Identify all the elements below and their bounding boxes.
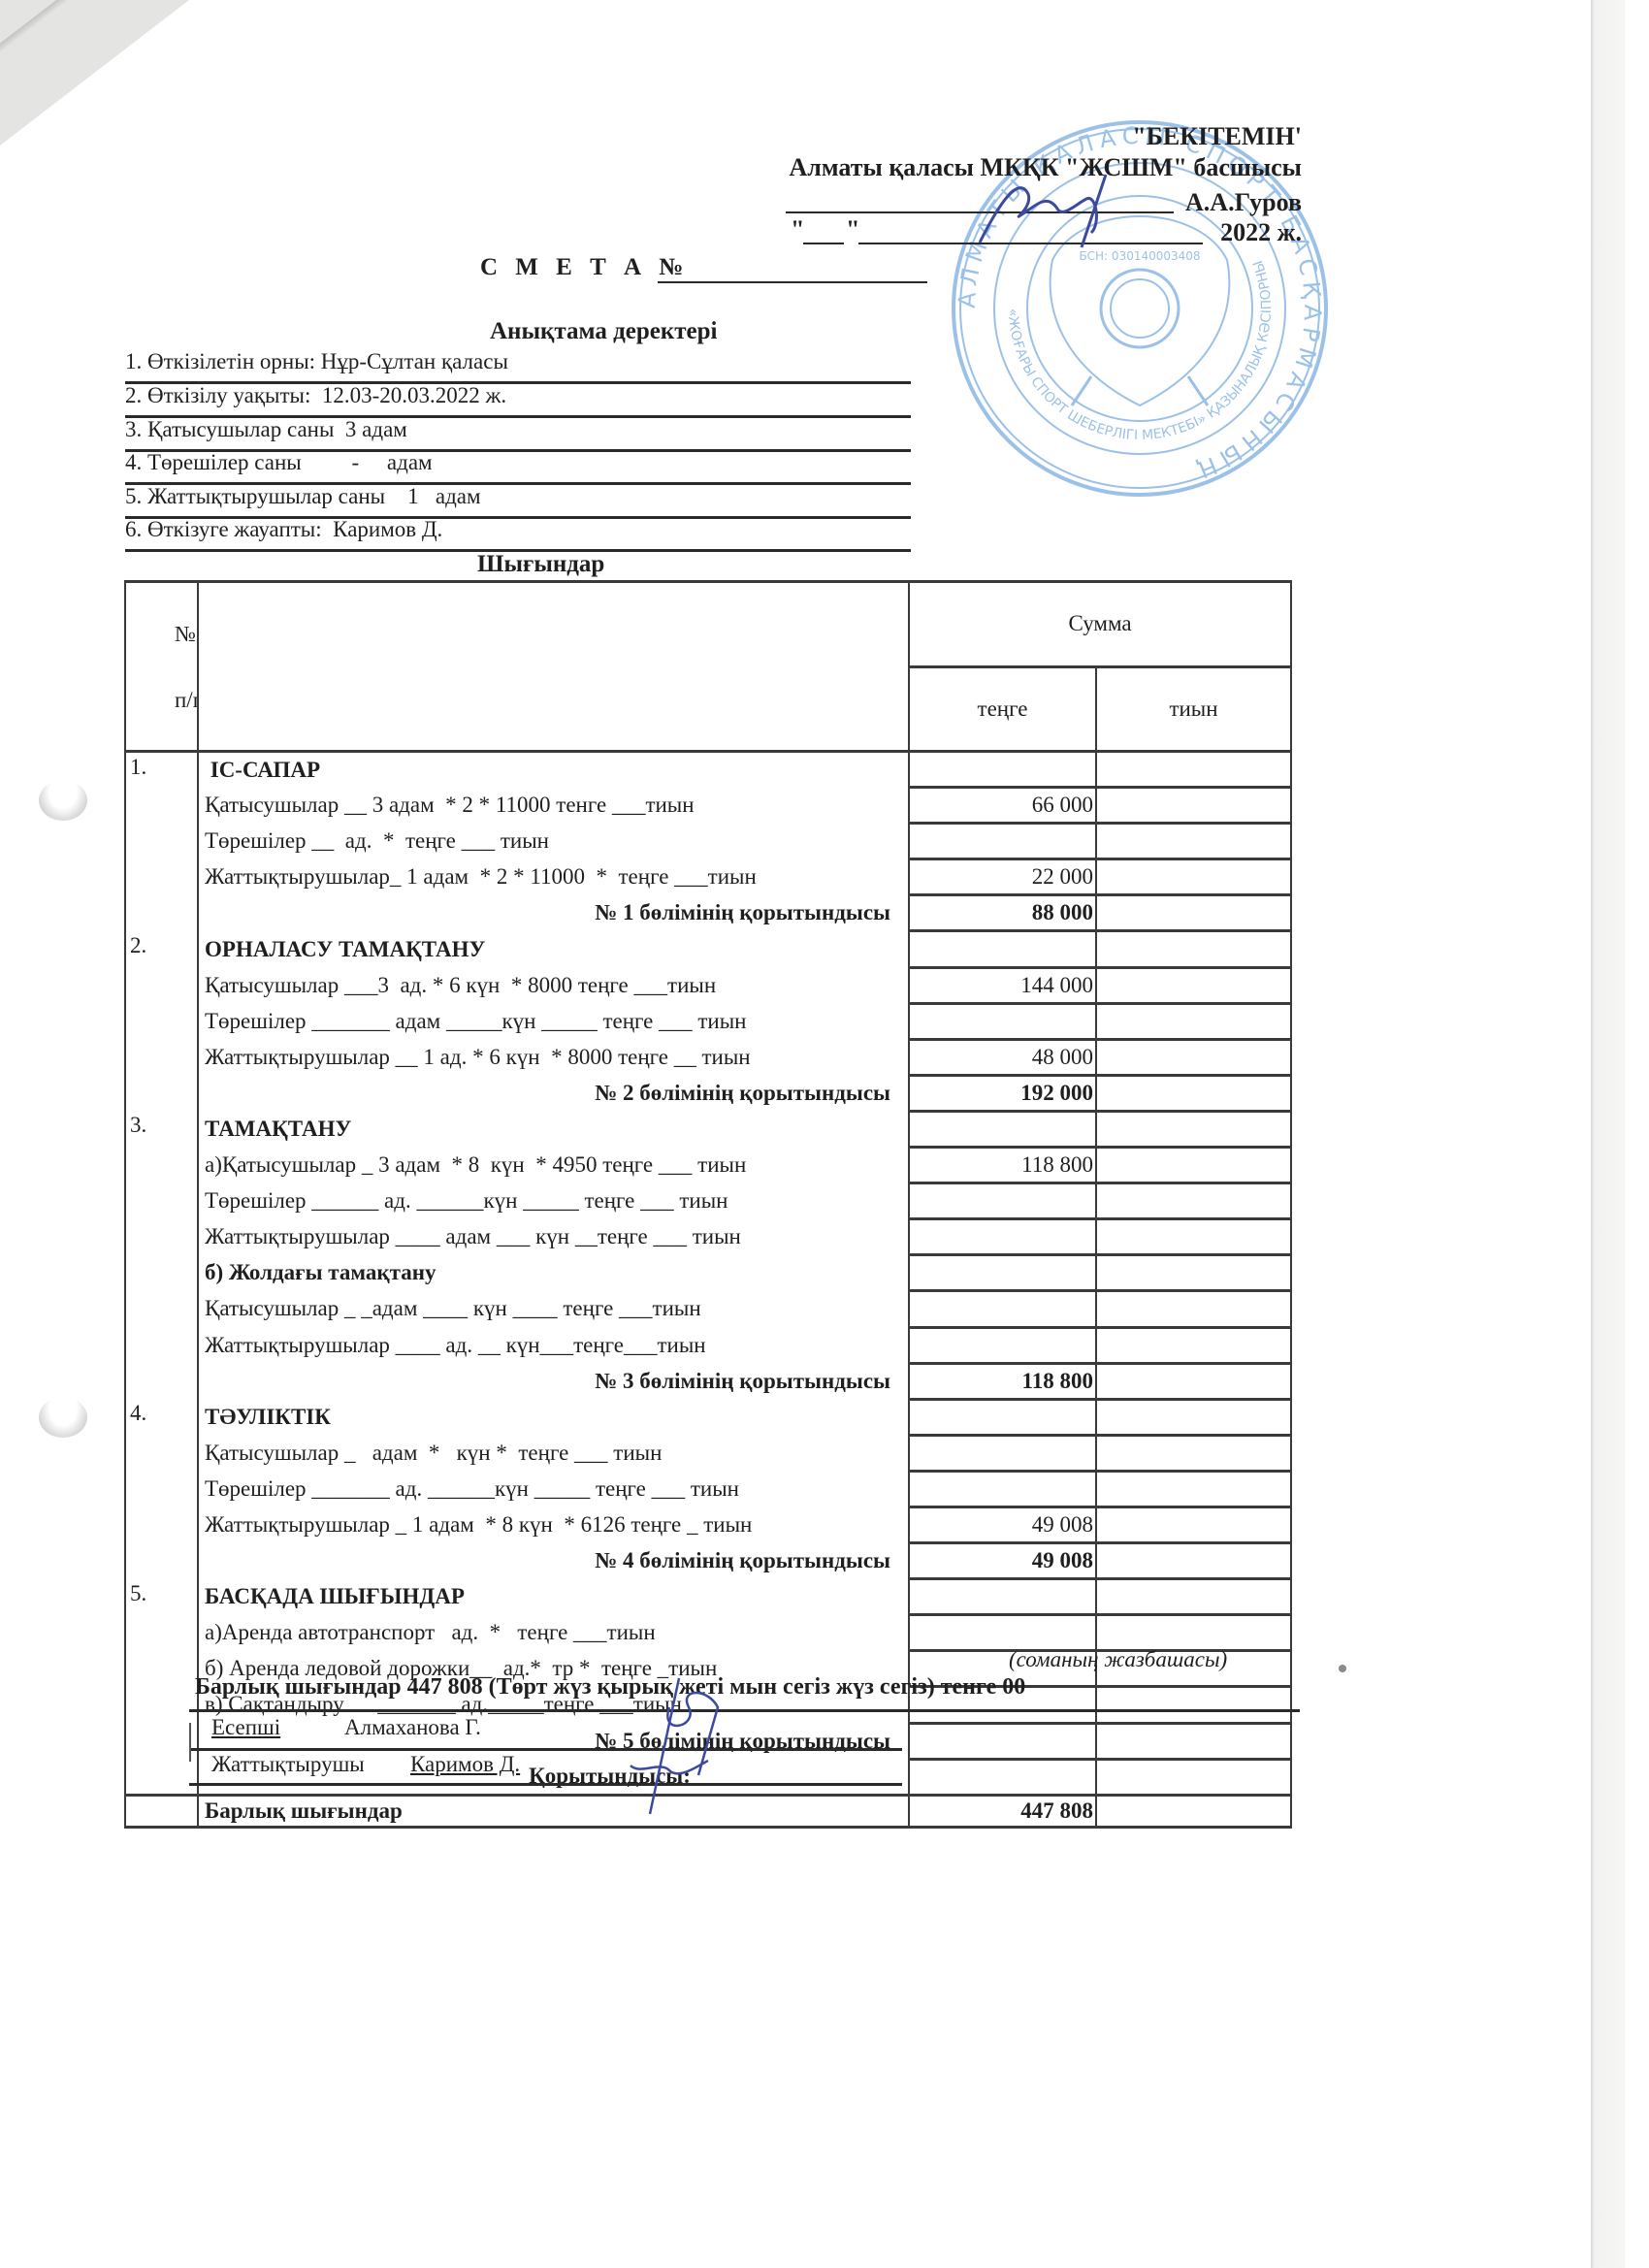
row-amount-tenge [909, 1291, 1096, 1327]
row-number [125, 1183, 198, 1219]
row-amount-tenge [909, 1579, 1096, 1615]
approval-name: А.А.Гуров [1185, 188, 1302, 217]
row-description: Қатысушылар _ _адам ____ күн ____ теңге … [198, 1291, 909, 1327]
row-number [125, 1759, 198, 1795]
table-row: № 4 бөлімінің қорытындысы49 008 [125, 1543, 1291, 1579]
approval-label: "БЕКІТЕМІН' [1132, 122, 1302, 151]
row-amount-tiyn [1096, 931, 1291, 967]
row-description: № 1 бөлімінің қорытындысы [198, 895, 909, 931]
row-amount-tiyn [1096, 1219, 1291, 1255]
row-amount-tiyn [1096, 1543, 1291, 1579]
row-amount-tiyn [1096, 752, 1291, 788]
reference-line-coaches: 5. Жаттықтырушылар саны 1 адам [125, 482, 911, 519]
row-description: № 2 бөлімінің қорытындысы [198, 1075, 909, 1111]
row-description: Қатысушылар __ 3 адам * 2 * 11000 тенге … [198, 788, 909, 824]
reference-line-judges: 4. Төрешілер саны - адам [125, 448, 911, 485]
row-amount-tiyn [1096, 1471, 1291, 1507]
svg-text:«ЖОҒАРЫ СПОРТ ШЕБЕРЛІГІ МЕКТЕБ: «ЖОҒАРЫ СПОРТ ШЕБЕРЛІГІ МЕКТЕБІ» ҚАЗЫНАЛ… [1005, 258, 1275, 443]
table-header-row: № п/п Сумма [125, 582, 1291, 667]
table-row: Қатысушылар _ адам * күн * теңге ___ тиы… [125, 1435, 1291, 1471]
reference-heading: Анықтама деректері [490, 318, 717, 345]
row-number [125, 1327, 198, 1363]
column-sum-header: Сумма [909, 582, 1291, 667]
row-number [125, 1651, 198, 1687]
reference-line-dates: 2. Өткізілу уақыты: 12.03-20.03.2022 ж. [125, 381, 911, 418]
row-amount-tenge [909, 1219, 1096, 1255]
row-amount-tiyn [1096, 788, 1291, 824]
row-amount-tiyn [1096, 824, 1291, 859]
row-amount-tiyn [1096, 1687, 1291, 1723]
row-number [125, 1075, 198, 1111]
row-number: 3. [125, 1111, 198, 1147]
row-amount-tenge [909, 1435, 1096, 1471]
row-description: Төрешілер _______ ад. ______күн _____ те… [198, 1471, 909, 1507]
row-amount-tenge: 48 000 [909, 1039, 1096, 1075]
row-amount-tenge: 192 000 [909, 1075, 1096, 1111]
row-amount-tiyn [1096, 1759, 1291, 1795]
row-description: Жаттықтырушылар_ 1 адам * 2 * 11000 * те… [198, 859, 909, 895]
table-row: Төрешілер ______ ад. ______күн _____ тең… [125, 1183, 1291, 1219]
reference-line-responsible: 6. Өткізуге жауапты: Каримов Д. [125, 515, 911, 552]
table-row: Қатысушылар ___3 ад. * 6 күн * 8000 теңг… [125, 967, 1291, 1003]
row-amount-tenge [909, 1183, 1096, 1219]
table-row: Төрешілер _______ ад. ______күн _____ те… [125, 1471, 1291, 1507]
signatures-ink [611, 1669, 747, 1824]
punch-hole-bottom [39, 1397, 87, 1438]
row-amount-tenge [909, 1003, 1096, 1039]
row-amount-tiyn [1096, 1111, 1291, 1147]
table-row: Төрешілер __ ад. * теңге ___ тиын [125, 824, 1291, 859]
table-row: а)Қатысушылар _ 3 адам * 8 күн * 4950 те… [125, 1148, 1291, 1183]
reference-line-participants: 3. Қатысушылар саны 3 адам [125, 415, 911, 452]
table-row: Жаттықтырушылар ____ ад. __ күн___теңге_… [125, 1327, 1291, 1363]
page-edge-strip [1591, 0, 1625, 2268]
row-amount-tiyn [1096, 1075, 1291, 1111]
row-amount-tiyn [1096, 1291, 1291, 1327]
grand-total-label: Барлық шығындар [198, 1795, 909, 1827]
row-number [125, 859, 198, 895]
row-number [125, 788, 198, 824]
table-row: 3.ТАМАҚТАНУ [125, 1111, 1291, 1147]
row-amount-tenge: 22 000 [909, 859, 1096, 895]
row-amount-tenge [909, 752, 1096, 788]
date-quote-close: " [846, 215, 859, 244]
row-description: Жаттықтырушылар _ 1 адам * 8 күн * 6126 … [198, 1507, 909, 1542]
row-description: № 3 бөлімінің қорытындысы [198, 1363, 909, 1399]
row-description: ТАМАҚТАНУ [198, 1111, 909, 1147]
row-number [125, 824, 198, 859]
row-number: 1. [125, 752, 198, 788]
table-row: Жаттықтырушылар ____ адам ___ күн __теңг… [125, 1219, 1291, 1255]
row-description: Қатысушылар ___3 ад. * 6 күн * 8000 теңг… [198, 967, 909, 1003]
signatory-accountant-role: Есепші [211, 1715, 280, 1740]
row-amount-tiyn [1096, 859, 1291, 895]
table-row: 4.ТӘУЛІКТІК [125, 1399, 1291, 1435]
row-description: Төрешілер ______ ад. ______күн _____ тең… [198, 1183, 909, 1219]
grand-total-number [125, 1795, 198, 1827]
row-number: 5. [125, 1579, 198, 1615]
row-number [125, 967, 198, 1003]
row-amount-tenge [909, 824, 1096, 859]
row-number: 4. [125, 1399, 198, 1435]
row-description: БАСҚАДА ШЫҒЫНДАР [198, 1579, 909, 1615]
row-description: б) Жолдағы тамақтану [198, 1255, 909, 1291]
grand-total-tiyn [1096, 1795, 1291, 1827]
reference-line-venue: 1. Өткізілетін орны: Нұр-Сұлтан қаласы [125, 347, 911, 384]
row-number [125, 1471, 198, 1507]
row-number [125, 1543, 198, 1579]
table-row: б) Жолдағы тамақтану [125, 1255, 1291, 1291]
row-amount-tiyn [1096, 1255, 1291, 1291]
row-description: а)Қатысушылар _ 3 адам * 8 күн * 4950 те… [198, 1148, 909, 1183]
table-row: Қатысушылар __ 3 адам * 2 * 11000 тенге … [125, 788, 1291, 824]
signatory-accountant-line [189, 1748, 902, 1751]
expenses-table: № п/п Сумма теңге тиын 1. ІС-САПАРҚатысу… [124, 580, 1292, 1829]
table-row: № 2 бөлімінің қорытындысы192 000 [125, 1075, 1291, 1111]
row-amount-tenge [909, 1399, 1096, 1435]
scan-speck [1339, 1665, 1346, 1672]
row-amount-tiyn [1096, 1507, 1291, 1542]
row-number [125, 1723, 198, 1759]
table-row: 1. ІС-САПАР [125, 752, 1291, 788]
row-number [125, 895, 198, 931]
column-tiyn-header: тиын [1096, 666, 1291, 752]
row-amount-tiyn [1096, 1363, 1291, 1399]
column-description-header [198, 582, 909, 752]
row-description: Жаттықтырушылар __ 1 ад. * 6 күн * 8000 … [198, 1039, 909, 1075]
row-amount-tiyn [1096, 1435, 1291, 1471]
row-amount-tiyn [1096, 1183, 1291, 1219]
director-signature [970, 165, 1135, 252]
row-amount-tenge [909, 1111, 1096, 1147]
number-sign: № [175, 622, 196, 646]
row-number: 2. [125, 931, 198, 967]
row-number [125, 1003, 198, 1039]
row-number [125, 1507, 198, 1542]
row-description: № 4 бөлімінің қорытындысы [198, 1543, 909, 1579]
column-number-header: № п/п [125, 582, 198, 752]
row-amount-tenge [909, 1327, 1096, 1363]
table-row: Жаттықтырушылар_ 1 адам * 2 * 11000 * те… [125, 859, 1291, 895]
table-row: Жаттықтырушылар __ 1 ад. * 6 күн * 8000 … [125, 1039, 1291, 1075]
column-tenge-header: теңге [909, 666, 1096, 752]
row-amount-tenge [909, 1255, 1096, 1291]
table-row: 5.БАСҚАДА ШЫҒЫНДАР [125, 1579, 1291, 1615]
row-amount-tiyn [1096, 967, 1291, 1003]
row-number [125, 1435, 198, 1471]
row-amount-tiyn [1096, 1003, 1291, 1039]
row-number [125, 1615, 198, 1651]
row-number [125, 1687, 198, 1723]
row-number [125, 1039, 198, 1075]
row-amount-tiyn [1096, 1327, 1291, 1363]
document-number-line [658, 281, 927, 283]
amount-in-words-caption: (соманың жазбашасы) [1009, 1647, 1227, 1672]
row-description: а)Аренда автотранспорт ад. * теңге ___ти… [198, 1615, 909, 1651]
row-amount-tiyn [1096, 1399, 1291, 1435]
row-amount-tiyn [1096, 1579, 1291, 1615]
row-number [125, 1148, 198, 1183]
punch-hole-top [39, 780, 87, 821]
row-amount-tenge [909, 1759, 1096, 1795]
row-number [125, 1363, 198, 1399]
row-description: Төрешілер __ ад. * теңге ___ тиын [198, 824, 909, 859]
row-number [125, 1291, 198, 1327]
date-quote-open: " [791, 215, 804, 244]
row-amount-tenge: 49 008 [909, 1543, 1096, 1579]
row-amount-tenge [909, 1615, 1096, 1651]
table-row: а)Аренда автотранспорт ад. * теңге ___ти… [125, 1615, 1291, 1651]
approval-year: 2022 ж. [1220, 218, 1302, 247]
row-number [125, 1219, 198, 1255]
row-amount-tenge: 144 000 [909, 967, 1096, 1003]
margin-bracket [189, 1723, 193, 1762]
row-amount-tiyn [1096, 1723, 1291, 1759]
row-description: ІС-САПАР [198, 752, 909, 788]
row-description: Жаттықтырушылар ____ адам ___ күн __теңг… [198, 1219, 909, 1255]
document-title: С М Е Т А № [480, 254, 689, 281]
row-description: Төрешілер _______ адам _____күн _____ те… [198, 1003, 909, 1039]
row-amount-tenge: 118 800 [909, 1363, 1096, 1399]
grand-total-tenge: 447 808 [909, 1795, 1096, 1827]
row-amount-tiyn [1096, 1615, 1291, 1651]
row-description: Қатысушылар _ адам * күн * теңге ___ тиы… [198, 1435, 909, 1471]
date-day-line [803, 243, 844, 244]
table-row: 2.ОРНАЛАСУ ТАМАҚТАНУ [125, 931, 1291, 967]
row-amount-tiyn [1096, 895, 1291, 931]
signatory-coach-role: Жаттықтырушы [211, 1752, 365, 1777]
table-row: Жаттықтырушылар _ 1 адам * 8 күн * 6126 … [125, 1507, 1291, 1542]
row-amount-tenge: 49 008 [909, 1507, 1096, 1542]
row-amount-tenge [909, 931, 1096, 967]
row-amount-tiyn [1096, 1039, 1291, 1075]
row-amount-tenge: 118 800 [909, 1148, 1096, 1183]
signatory-coach-name: Каримов Д. [410, 1752, 520, 1777]
number-abbrev: п/п [175, 688, 198, 712]
row-description: ОРНАЛАСУ ТАМАҚТАНУ [198, 931, 909, 967]
table-row: № 3 бөлімінің қорытындысы118 800 [125, 1363, 1291, 1399]
row-amount-tenge: 88 000 [909, 895, 1096, 931]
row-amount-tenge [909, 1723, 1096, 1759]
row-amount-tenge: 66 000 [909, 788, 1096, 824]
row-amount-tiyn [1096, 1148, 1291, 1183]
signatory-coach-line [189, 1783, 902, 1786]
row-amount-tenge [909, 1471, 1096, 1507]
expenses-heading: Шығындар [477, 551, 604, 578]
row-description: Жаттықтырушылар ____ ад. __ күн___теңге_… [198, 1327, 909, 1363]
table-row: № 1 бөлімінің қорытындысы88 000 [125, 895, 1291, 931]
row-description: ТӘУЛІКТІК [198, 1399, 909, 1435]
table-row: Төрешілер _______ адам _____күн _____ те… [125, 1003, 1291, 1039]
signatory-accountant-name: Алмаханова Г. [344, 1715, 481, 1740]
table-row: Қатысушылар _ _адам ____ күн ____ теңге … [125, 1291, 1291, 1327]
row-number [125, 1255, 198, 1291]
